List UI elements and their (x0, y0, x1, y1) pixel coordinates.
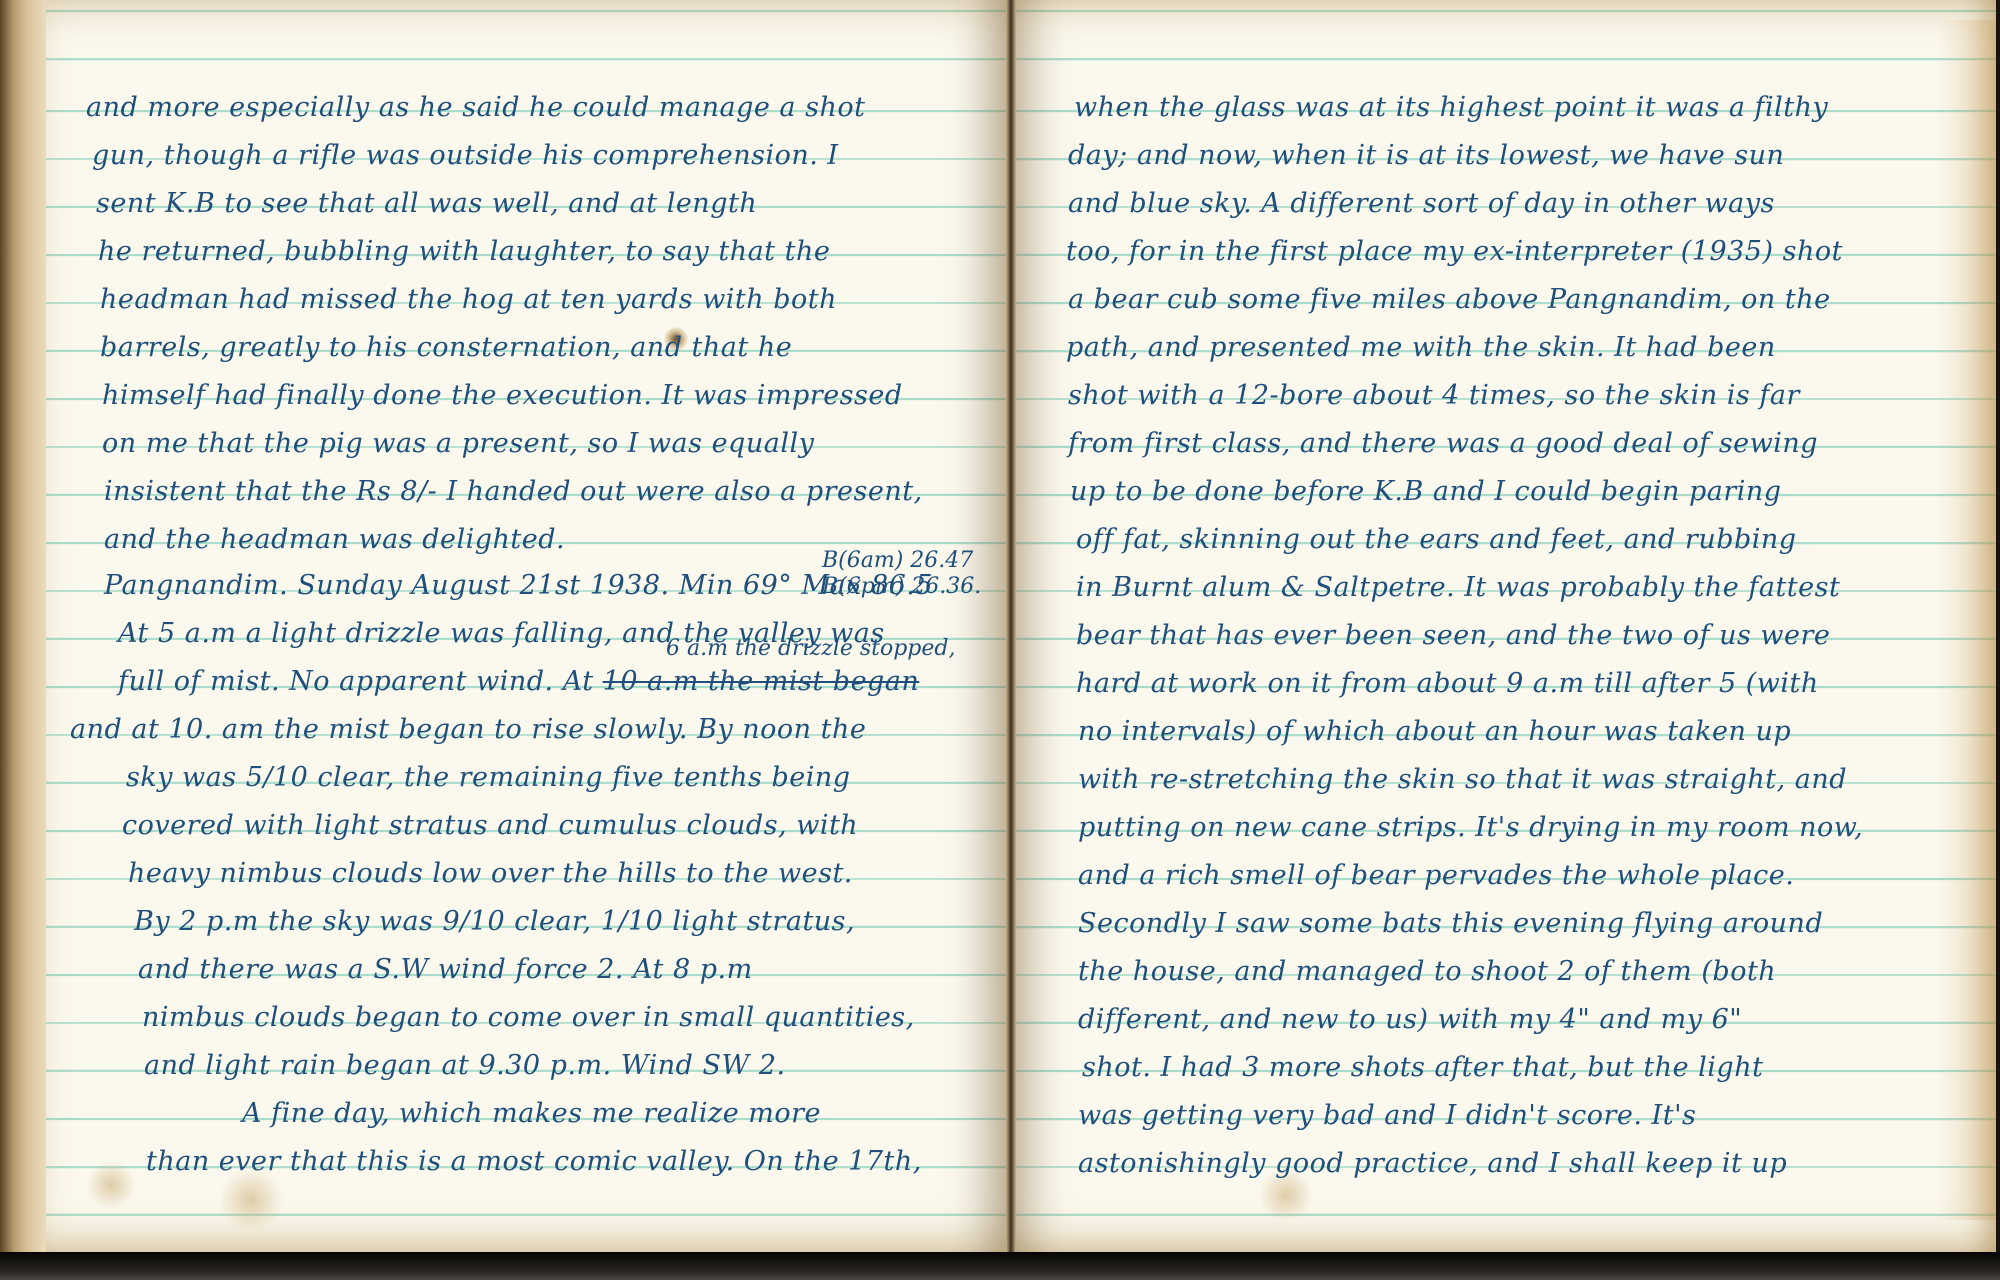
entry-place: Pangnandim. (104, 570, 288, 601)
text-line: day; and now, when it is at its lowest, … (1068, 136, 1784, 176)
open-notebook: and more especially as he said he could … (0, 0, 2000, 1252)
text-line: insistent that the Rs 8/- I handed out w… (104, 472, 923, 512)
page-stack-edge (0, 0, 46, 1252)
text-line: was getting very bad and I didn't score.… (1078, 1096, 1696, 1136)
text-line: and the headman was delighted. (104, 520, 565, 560)
text-line: when the glass was at its highest point … (1074, 88, 1828, 128)
text-line: in Burnt alum & Saltpetre. It was probab… (1076, 568, 1840, 608)
text-line: and blue sky. A different sort of day in… (1068, 184, 1775, 224)
text-line: putting on new cane strips. It's drying … (1078, 808, 1863, 848)
text-line: no intervals) of which about an hour was… (1078, 712, 1791, 752)
text-line-with-correction: full of mist. No apparent wind. At 10 a.… (118, 662, 919, 702)
text-line: bear that has ever been seen, and the tw… (1076, 616, 1830, 656)
water-stain (86, 1160, 136, 1210)
text-line: hard at work on it from about 9 a.m till… (1076, 664, 1819, 704)
inserted-text: 6 a.m the drizzle stopped, (666, 636, 955, 661)
left-page: and more especially as he said he could … (46, 0, 1006, 1252)
text-line: gun, though a rifle was outside his comp… (92, 136, 839, 176)
text-line: barrels, greatly to his consternation, a… (100, 328, 792, 368)
text-line: shot with a 12-bore about 4 times, so th… (1068, 376, 1800, 416)
entry-heading: Pangnandim. Sunday August 21st 1938. Min… (104, 566, 933, 606)
text-line: a bear cub some five miles above Pangnan… (1068, 280, 1831, 320)
text-line: and at 10. am the mist began to rise slo… (70, 710, 866, 750)
text-line: he returned, bubbling with laughter, to … (98, 232, 830, 272)
text-line: himself had finally done the execution. … (102, 376, 903, 416)
text-line: astonishingly good practice, and I shall… (1078, 1144, 1787, 1184)
text-line: sky was 5/10 clear, the remaining five t… (126, 758, 851, 798)
barometer-evening: B(6pm) 26.36. (822, 574, 981, 599)
text-line: different, and new to us) with my 4" and… (1078, 1000, 1742, 1040)
text-line: than ever that this is a most comic vall… (146, 1142, 922, 1182)
text-line: and more especially as he said he could … (86, 88, 865, 128)
right-page: when the glass was at its highest point … (1016, 0, 1996, 1252)
text-line: and light rain began at 9.30 p.m. Wind S… (144, 1046, 786, 1086)
text-line: up to be done before K.B and I could beg… (1070, 472, 1782, 512)
text-line: sent K.B to see that all was well, and a… (96, 184, 757, 224)
text-line: the house, and managed to shoot 2 of the… (1078, 952, 1776, 992)
text-line: path, and presented me with the skin. It… (1066, 328, 1776, 368)
text-line: from first class, and there was a good d… (1068, 424, 1818, 464)
text-line: Secondly I saw some bats this evening fl… (1078, 904, 1823, 944)
text-line: covered with light stratus and cumulus c… (122, 806, 858, 846)
text-line: and a rich smell of bear pervades the wh… (1078, 856, 1794, 896)
struck-text: 10 a.m the mist began (603, 666, 920, 697)
book-gutter (1006, 0, 1016, 1252)
text-line: and there was a S.W wind force 2. At 8 p… (138, 950, 753, 990)
text-line: heavy nimbus clouds low over the hills t… (128, 854, 853, 894)
text-line: By 2 p.m the sky was 9/10 clear, 1/10 li… (134, 902, 855, 942)
barometer-morning: B(6am) 26.47 (822, 548, 973, 573)
edge-discoloration (1936, 20, 1996, 1220)
background-surface (0, 1252, 2000, 1280)
text-line: too, for in the first place my ex-interp… (1066, 232, 1843, 272)
text-line: shot. I had 3 more shots after that, but… (1082, 1048, 1763, 1088)
text-line-indented: A fine day, which makes me realize more (242, 1094, 821, 1134)
text-line: headman had missed the hog at ten yards … (100, 280, 837, 320)
text-line: with re-stretching the skin so that it w… (1078, 760, 1847, 800)
entry-date: Sunday August 21st 1938. (297, 570, 669, 601)
text-line: off fat, skinning out the ears and feet,… (1076, 520, 1797, 560)
text-line: on me that the pig was a present, so I w… (102, 424, 814, 464)
text-line: nimbus clouds began to come over in smal… (142, 998, 915, 1038)
